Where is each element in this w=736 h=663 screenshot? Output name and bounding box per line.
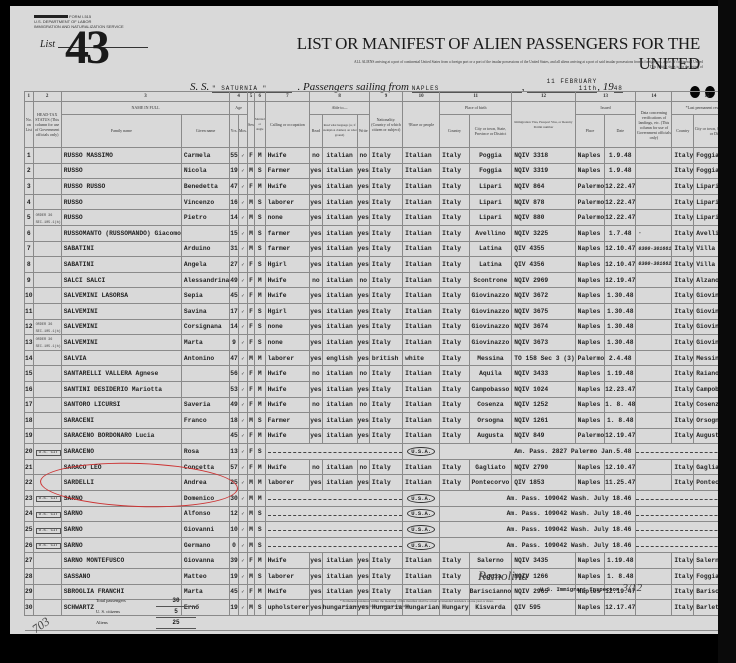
visa-number: NQIV 3319 (512, 163, 575, 179)
family-name: SARACENI (61, 413, 181, 429)
usa-dash-span (265, 444, 403, 460)
row-number: 13 (25, 335, 34, 351)
issued-date: 12.23.47 (605, 381, 636, 397)
birth-city: Augusta (469, 428, 512, 444)
can-read: yes (310, 553, 322, 569)
check-mark-icon: ✓ (238, 288, 247, 304)
can-write: yes (357, 569, 369, 585)
given-name: Matteo (181, 569, 229, 585)
visa-number: NQIV 3672 (512, 288, 575, 304)
visa-number: NQIV 878 (512, 194, 575, 210)
birth-city: Cosenza (469, 397, 512, 413)
can-read: yes (310, 179, 322, 195)
nationality: Italy (369, 366, 402, 382)
visa-number: NQIV 3675 (512, 303, 575, 319)
row-number: 3 (25, 179, 34, 195)
visa-number: NQIV 2790 (512, 459, 575, 475)
can-read: yes (310, 303, 322, 319)
residence-country: Italy (672, 241, 694, 257)
age-years: 57 (230, 459, 239, 475)
can-write: yes (357, 350, 369, 366)
can-write: yes (357, 428, 369, 444)
subtitle: ALL ALIENS arriving at a port of contine… (148, 60, 703, 70)
nationality: Italy (369, 569, 402, 585)
race: Italian (403, 397, 440, 413)
residence-country: Italy (672, 600, 694, 616)
visa-number: NQIV 3673 (512, 335, 575, 351)
check-mark-icon: ✓ (238, 475, 247, 491)
issued-date: 1.9.48 (605, 148, 636, 164)
residence-city: Messina (694, 350, 718, 366)
row-number: 11 (25, 303, 34, 319)
issued-place: Naples (575, 459, 604, 475)
birth-city: Avellino (469, 225, 512, 241)
residence-city: Giovinazzo (694, 335, 718, 351)
marital-status: S (254, 522, 265, 538)
manifest-sheet: FORM I-515 U.S. DEPARTMENT OF LABOR IMMI… (10, 6, 718, 634)
head-tax-status (33, 397, 61, 413)
age-years: 12 (230, 506, 239, 522)
verification-note (636, 475, 672, 491)
visa-number: NQIV 1024 (512, 381, 575, 397)
family-name: RUSSO (61, 210, 181, 226)
occupation: Hwife (265, 428, 310, 444)
issued-place: Naples (575, 148, 604, 164)
marital-status: M (254, 366, 265, 382)
visa-number: NQIV 2969 (512, 272, 575, 288)
sex: F (247, 335, 254, 351)
marital-status: M (254, 491, 265, 507)
occupation: Hwife (265, 397, 310, 413)
verification-note (636, 194, 672, 210)
row-number: 22 (25, 475, 34, 491)
age-years: 39 (230, 553, 239, 569)
issued-place: Naples (575, 413, 604, 429)
residence-city: Barletta (694, 600, 718, 616)
dash-span (636, 522, 718, 538)
table-row: 7SABATINIArduino31✓MSfarmeryesitalianyes… (25, 241, 719, 257)
sex: M (247, 350, 254, 366)
given-name: Antonino (181, 350, 229, 366)
occupation: Hwife (265, 272, 310, 288)
head-tax-status (33, 148, 61, 164)
residence-city: Giovinazzo (694, 288, 718, 304)
issued-date: 12.10.47 (605, 241, 636, 257)
visa-number: TO 158 Sec 3 (3) (512, 350, 575, 366)
occupation: Hwife (265, 288, 310, 304)
birth-country: Italy (440, 257, 469, 273)
row-number: 10 (25, 288, 34, 304)
issued-date: 1.19.48 (605, 366, 636, 382)
given-name: Pietro (181, 210, 229, 226)
nationality: Italy (369, 288, 402, 304)
family-name: RUSSO RUSSO (61, 179, 181, 195)
residence-country: Italy (672, 148, 694, 164)
family-name: SANTINI DESIDERIO Mariotta (61, 381, 181, 397)
race: Italian (403, 288, 440, 304)
race: Italian (403, 319, 440, 335)
row-number: 5 (25, 210, 34, 226)
race: Italian (403, 148, 440, 164)
dash-span (636, 444, 718, 460)
row-number: 27 (25, 553, 34, 569)
sex: F (247, 272, 254, 288)
sex: M (247, 522, 254, 538)
residence-country: Italy (672, 194, 694, 210)
verification-note (636, 179, 672, 195)
usa-dash-span (265, 522, 403, 538)
race: Italian (403, 475, 440, 491)
birth-city: Latina (469, 241, 512, 257)
sex: M (247, 163, 254, 179)
head-tax-status: ORDER 36 SEC.105.1(b) (33, 210, 61, 226)
can-read: yes (310, 381, 322, 397)
family-name: SARNO (61, 537, 181, 553)
given-name (181, 225, 229, 241)
residence-city: Gagliato (694, 459, 718, 475)
nationality: Italy (369, 459, 402, 475)
marital-status: M (254, 179, 265, 195)
verification-note (636, 163, 672, 179)
row-number: 8 (25, 257, 34, 273)
can-write: yes (357, 210, 369, 226)
total-aliens: 25 (156, 618, 196, 629)
sex: M (247, 537, 254, 553)
issued-date: 1.30.48 (605, 319, 636, 335)
table-row: 19SARACENO BORDONARO Lucia45✓FMHwifeyesi… (25, 428, 719, 444)
dash-span (636, 537, 718, 553)
marital-status: M (254, 272, 265, 288)
family-name: SARACENO (61, 444, 181, 460)
table-row: 10SALVEMINI LASORSASepia45✓FMHwifeyesita… (25, 288, 719, 304)
row-number: 19 (25, 428, 34, 444)
verification-note (636, 148, 672, 164)
issued-date: 12.19.47 (605, 272, 636, 288)
row-number: 14 (25, 350, 34, 366)
age-years: 0 (230, 537, 239, 553)
issued-place: Naples (575, 381, 604, 397)
nationality: Italy (369, 210, 402, 226)
marital-status: S (254, 537, 265, 553)
visa-number: NQIV 1261 (512, 413, 575, 429)
residence-country: Italy (672, 335, 694, 351)
family-name: RUSSO MASSIMO (61, 148, 181, 164)
table-row: 3RUSSO RUSSOBenedetta47✓FMHwifeyesitalia… (25, 179, 719, 195)
can-write: yes (357, 288, 369, 304)
issued-date: 2.4.48 (605, 350, 636, 366)
residence-country: Italy (672, 179, 694, 195)
occupation: none (265, 335, 310, 351)
can-write: yes (357, 475, 369, 491)
check-mark-icon: ✓ (238, 272, 247, 288)
residence-city: Orsogna (694, 413, 718, 429)
head-tax-status (33, 428, 61, 444)
marital-status: S (254, 319, 265, 335)
american-passport: Am. Pass. 2827 Palermo Jan.5.48 (440, 444, 636, 460)
family-name: SALCI SALCI (61, 272, 181, 288)
given-name: Rosa (181, 444, 229, 460)
marital-status: S (254, 163, 265, 179)
residence-city: Alzano (694, 272, 718, 288)
usa-dash-span (265, 506, 403, 522)
nationality: Italy (369, 148, 402, 164)
birth-country: Italy (440, 413, 469, 429)
family-name: SARNO (61, 506, 181, 522)
table-row: 9SALCI SALCIAlessandrina49✓FMHwifenoital… (25, 272, 719, 288)
sex: M (247, 600, 254, 616)
nationality: british (369, 350, 402, 366)
occupation: laborer (265, 475, 310, 491)
residence-country: Italy (672, 584, 694, 600)
birth-country: Italy (440, 319, 469, 335)
head-tax-status (33, 163, 61, 179)
head-tax-status (33, 288, 61, 304)
can-write: yes (357, 381, 369, 397)
visa-number: NQIV 849 (512, 428, 575, 444)
head-tax-status: U.S. CIT (33, 537, 61, 553)
check-mark-icon: ✓ (238, 335, 247, 351)
birth-country: Italy (440, 366, 469, 382)
check-mark-icon: ✓ (238, 444, 247, 460)
birth-country: Italy (440, 241, 469, 257)
issued-date: 12.10.47 (605, 257, 636, 273)
verification-note (636, 350, 672, 366)
verification-note (636, 428, 672, 444)
race: Italian (403, 303, 440, 319)
verification-note (636, 397, 672, 413)
read-language: italian (322, 569, 357, 585)
age-years: 45 (230, 288, 239, 304)
verification-note (636, 288, 672, 304)
verification-note: 0300-301662 (636, 257, 672, 273)
sex: M (247, 194, 254, 210)
verification-note (636, 303, 672, 319)
occupation: upholsterer (265, 600, 310, 616)
given-name: Corsignana (181, 319, 229, 335)
family-name: SANTARELLI VALLERA Agnese (61, 366, 181, 382)
family-name: RUSSO (61, 163, 181, 179)
row-number: 28 (25, 569, 34, 585)
residence-city: Lipari (694, 210, 718, 226)
race: Italian (403, 459, 440, 475)
issued-place: Naples (575, 225, 604, 241)
head-tax-status (33, 600, 61, 616)
family-name: SARACENO BORDONARO Lucia (61, 428, 181, 444)
scanner-edge (718, 0, 736, 663)
residence-city: Lipari (694, 179, 718, 195)
can-read: yes (310, 225, 322, 241)
can-read: yes (310, 350, 322, 366)
marital-status: S (254, 335, 265, 351)
can-write: yes (357, 319, 369, 335)
visa-number: NQIV 3674 (512, 319, 575, 335)
race: white (403, 350, 440, 366)
race: Italian (403, 225, 440, 241)
check-mark-icon: ✓ (238, 194, 247, 210)
given-name (181, 381, 229, 397)
head-tax-status (33, 194, 61, 210)
birth-country: Italy (440, 303, 469, 319)
issued-date: 12.22.47 (605, 194, 636, 210)
head-tax-status (33, 179, 61, 195)
can-write: no (357, 272, 369, 288)
row-number: 9 (25, 272, 34, 288)
sex: M (247, 475, 254, 491)
birth-city: Gagliato (469, 459, 512, 475)
birth-city: Lipari (469, 179, 512, 195)
check-mark-icon: ✓ (238, 241, 247, 257)
birth-country: Italy (440, 475, 469, 491)
residence-city: Villa Latina (694, 241, 718, 257)
residence-country: Italy (672, 350, 694, 366)
nationality: Italy (369, 428, 402, 444)
list-number: 43 (65, 24, 107, 72)
row-number: 26 (25, 537, 34, 553)
can-write: yes (357, 257, 369, 273)
read-language: italian (322, 366, 357, 382)
can-read: yes (310, 569, 322, 585)
given-name: Nicola (181, 163, 229, 179)
table-row: 26U.S. CITSARNOGermano0✓MSU.S.A.Am. Pass… (25, 537, 719, 553)
row-number: 30 (25, 600, 34, 616)
table-row: 4RUSSOVincenzo16✓MSlaboreryesitalianyesI… (25, 194, 719, 210)
race: Italian (403, 584, 440, 600)
row-number: 25 (25, 522, 34, 538)
age-years: 19 (230, 600, 239, 616)
read-language: italian (322, 257, 357, 273)
residence-country: Italy (672, 303, 694, 319)
occupation: Farmer (265, 413, 310, 429)
visa-number: QIV 595 (512, 600, 575, 616)
marital-status: M (254, 475, 265, 491)
check-mark-icon: ✓ (238, 148, 247, 164)
age-years: 27 (230, 257, 239, 273)
row-number: 12 (25, 319, 34, 335)
can-read: yes (310, 194, 322, 210)
can-read: yes (310, 600, 322, 616)
check-mark-icon: ✓ (238, 381, 247, 397)
birth-country: Italy (440, 335, 469, 351)
read-language: italian (322, 459, 357, 475)
sex: F (247, 553, 254, 569)
can-write: yes (357, 413, 369, 429)
issued-place: Naples (575, 319, 604, 335)
occupation: Hwife (265, 148, 310, 164)
residence-country: Italy (672, 569, 694, 585)
birth-city: Messina (469, 350, 512, 366)
race: Italian (403, 272, 440, 288)
residence-country: Italy (672, 475, 694, 491)
age-years: 16 (230, 194, 239, 210)
row-number: 29 (25, 584, 34, 600)
marital-status: S (254, 241, 265, 257)
can-write: yes (357, 179, 369, 195)
sex: M (247, 506, 254, 522)
head-tax-status (33, 413, 61, 429)
occupation: Hwife (265, 459, 310, 475)
table-row: 11SALVEMINISavina17✓FSHgirlyesitalianyes… (25, 303, 719, 319)
table-row: 8SABATINIAngela27✓FSHgirlyesitalianyesIt… (25, 257, 719, 273)
occupation: Hwife (265, 179, 310, 195)
occupation: laborer (265, 569, 310, 585)
can-read: yes (310, 288, 322, 304)
sex: F (247, 397, 254, 413)
birth-country: Italy (440, 553, 469, 569)
marital-status: S (254, 257, 265, 273)
birth-country: Italy (440, 272, 469, 288)
verification-note (636, 553, 672, 569)
verification-note: 0300-301661 (636, 241, 672, 257)
nationality: Italy (369, 303, 402, 319)
age-years: 19 (230, 569, 239, 585)
issued-place: Palermo (575, 194, 604, 210)
issued-date: 1.9.48 (605, 163, 636, 179)
occupation: laborer (265, 194, 310, 210)
visa-number: NQIV 1252 (512, 397, 575, 413)
occupation: farmer (265, 241, 310, 257)
visa-number: NQIV 3225 (512, 225, 575, 241)
occupation: Hgirl (265, 257, 310, 273)
sex: F (247, 428, 254, 444)
birth-country: Italy (440, 459, 469, 475)
race: Italian (403, 553, 440, 569)
issued-date: 1. 8.48 (605, 413, 636, 429)
verification-note (636, 459, 672, 475)
head-tax-status (33, 241, 61, 257)
age-years: 31 (230, 241, 239, 257)
sex: M (247, 241, 254, 257)
residence-city: Villa Latina (694, 257, 718, 273)
table-row: 13ORDER 36 SEC.105.1(b)SALVEMINIMarta9✓F… (25, 335, 719, 351)
residence-country: Italy (672, 397, 694, 413)
given-name: Benedetta (181, 179, 229, 195)
given-name: Franco (181, 413, 229, 429)
can-write: yes (357, 194, 369, 210)
sex: F (247, 319, 254, 335)
dash-span (636, 491, 718, 507)
issued-date: 1.30.48 (605, 288, 636, 304)
table-row: 15SANTARELLI VALLERA Agnese56✓FMHwifenoi… (25, 366, 719, 382)
head-tax-status: ORDER 36 SEC.105.1(b) (33, 335, 61, 351)
family-name: RUSSO (61, 194, 181, 210)
birth-city: Salerno (469, 553, 512, 569)
check-mark-icon: ✓ (238, 350, 247, 366)
race: Italian (403, 241, 440, 257)
sex: F (247, 444, 254, 460)
race: Italian (403, 335, 440, 351)
marital-status: S (254, 194, 265, 210)
given-name: Alfonso (181, 506, 229, 522)
birth-country: Italy (440, 397, 469, 413)
table-row: 17SANTORO LICURSISaveria49✓FMHwifenoital… (25, 397, 719, 413)
issued-place: Naples (575, 303, 604, 319)
nationality: Italy (369, 335, 402, 351)
residence-country: Italy (672, 272, 694, 288)
read-language: italian (322, 413, 357, 429)
nationality: Italy (369, 163, 402, 179)
birth-city: Lipari (469, 210, 512, 226)
occupation: Hgirl (265, 303, 310, 319)
head-tax-status: U.S. CIT (33, 522, 61, 538)
read-language: italian (322, 194, 357, 210)
row-number: 16 (25, 381, 34, 397)
given-name: Giovanna (181, 553, 229, 569)
birth-country: Italy (440, 225, 469, 241)
family-name: SARNO (61, 522, 181, 538)
birth-city: Scontrone (469, 272, 512, 288)
can-read: no (310, 148, 322, 164)
head-tax-status (33, 225, 61, 241)
